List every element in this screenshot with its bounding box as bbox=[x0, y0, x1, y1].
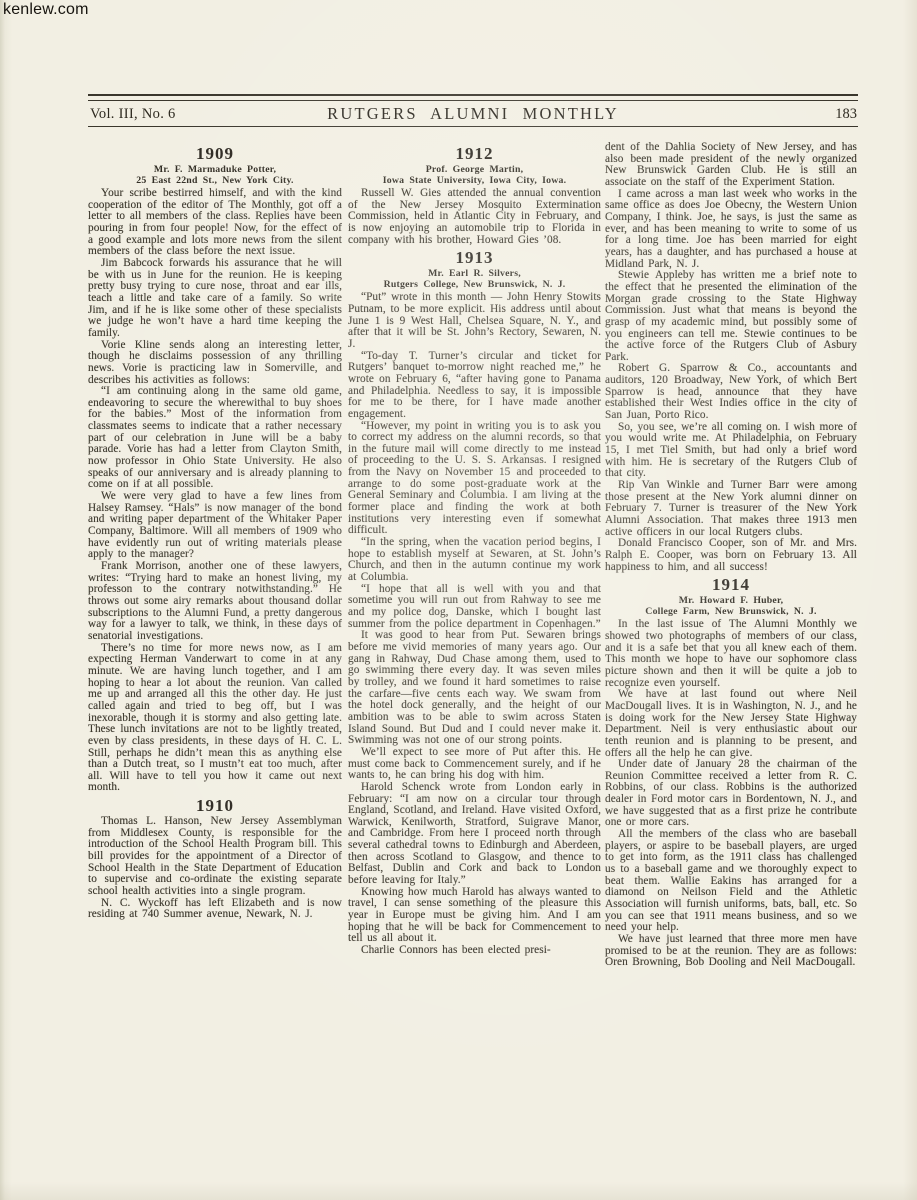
page-header: Vol. III, No. 6 RUTGERS ALUMNI MONTHLY 1… bbox=[88, 103, 858, 125]
paragraph: It was good to hear from Put. Sewaren br… bbox=[348, 630, 601, 747]
paragraph: There’s no time for more news now, as I … bbox=[88, 643, 342, 795]
paragraph: We’ll expect to see more of Put after th… bbox=[348, 747, 601, 782]
paragraph: “Put” wrote in this month — John Henry S… bbox=[348, 292, 601, 350]
header-double-rule bbox=[88, 94, 858, 101]
section-heading-1913: 1913 bbox=[348, 249, 601, 267]
secretary-line: Prof. George Martin, bbox=[348, 164, 601, 175]
paragraph: Stewie Appleby has written me a brief no… bbox=[605, 270, 857, 363]
secretary-line: Mr. F. Marmaduke Potter, bbox=[88, 164, 342, 175]
paragraph: Harold Schenck wrote from London early i… bbox=[348, 782, 601, 887]
secretary-line: Iowa State University, Iowa City, Iowa. bbox=[348, 175, 601, 186]
section-heading-1910: 1910 bbox=[88, 797, 342, 815]
paragraph: dent of the Dahlia Society of New Jersey… bbox=[605, 142, 857, 189]
paragraph: Robert G. Sparrow & Co., accountants and… bbox=[605, 363, 857, 421]
journal-title: RUTGERS ALUMNI MONTHLY bbox=[88, 104, 858, 124]
paragraph: “I am continuing along in the same old g… bbox=[88, 386, 342, 491]
paragraph: I came across a man last week who works … bbox=[605, 189, 857, 271]
paragraph: “However, my point in writing you is to … bbox=[348, 421, 601, 538]
secretary-line: Mr. Earl R. Silvers, bbox=[348, 268, 601, 279]
watermark: kenlew.com bbox=[3, 1, 89, 19]
paragraph: All the members of the class who are bas… bbox=[605, 829, 857, 934]
text-column-1: 1909Mr. F. Marmaduke Potter,25 East 22nd… bbox=[88, 142, 342, 1192]
secretary-line: College Farm, New Brunswick, N. J. bbox=[605, 606, 857, 617]
secretary-line: Mr. Howard F. Huber, bbox=[605, 595, 857, 606]
paragraph: Russell W. Gies attended the annual conv… bbox=[348, 188, 601, 246]
header-single-rule bbox=[88, 126, 858, 127]
paragraph: We have at last found out where Neil Mac… bbox=[605, 689, 857, 759]
paragraph: “To-day T. Turner’s circular and ticket … bbox=[348, 351, 601, 421]
paragraph: “I hope that all is well with you and th… bbox=[348, 584, 601, 631]
class-secretary: Mr. Howard F. Huber,College Farm, New Br… bbox=[605, 595, 857, 617]
secretary-line: Rutgers College, New Brunswick, N. J. bbox=[348, 279, 601, 290]
paragraph: Charlie Connors has been elected presi- bbox=[348, 945, 601, 957]
class-secretary: Mr. Earl R. Silvers,Rutgers College, New… bbox=[348, 268, 601, 290]
paragraph: Knowing how much Harold has always wante… bbox=[348, 887, 601, 945]
paragraph: We were very glad to have a few lines fr… bbox=[88, 491, 342, 561]
paragraph: Vorie Kline sends along an interesting l… bbox=[88, 340, 342, 387]
class-secretary: Prof. George Martin,Iowa State Universit… bbox=[348, 164, 601, 186]
section-heading-1912: 1912 bbox=[348, 145, 601, 163]
paragraph: So, you see, we’re all coming on. I wish… bbox=[605, 422, 857, 480]
paragraph: Under date of January 28 the chairman of… bbox=[605, 759, 857, 829]
paragraph: “In the spring, when the vacation period… bbox=[348, 537, 601, 584]
text-column-2: 1912Prof. George Martin,Iowa State Unive… bbox=[348, 142, 601, 1192]
class-secretary: Mr. F. Marmaduke Potter,25 East 22nd St.… bbox=[88, 164, 342, 186]
text-column-3: dent of the Dahlia Society of New Jersey… bbox=[605, 142, 857, 1192]
paragraph: Jim Babcock forwards his assurance that … bbox=[88, 258, 342, 340]
secretary-line: 25 East 22nd St., New York City. bbox=[88, 175, 342, 186]
section-heading-1909: 1909 bbox=[88, 145, 342, 163]
paragraph: Frank Morrison, another one of these law… bbox=[88, 561, 342, 643]
page-number: 183 bbox=[835, 106, 857, 123]
paragraph: We have just learned that three more men… bbox=[605, 934, 857, 969]
paragraph: Donald Francisco Cooper, son of Mr. and … bbox=[605, 538, 857, 573]
paragraph: Rip Van Winkle and Turner Barr were amon… bbox=[605, 480, 857, 538]
paragraph: N. C. Wyckoff has left Elizabeth and is … bbox=[88, 898, 342, 921]
paragraph: Thomas L. Hanson, New Jersey Assemblyman… bbox=[88, 816, 342, 898]
paragraph: In the last issue of The Alumni Monthly … bbox=[605, 619, 857, 689]
magazine-page: kenlew.com Vol. III, No. 6 RUTGERS ALUMN… bbox=[0, 0, 917, 1200]
section-heading-1914: 1914 bbox=[605, 576, 857, 594]
paragraph: Your scribe bestirred himself, and with … bbox=[88, 188, 342, 258]
